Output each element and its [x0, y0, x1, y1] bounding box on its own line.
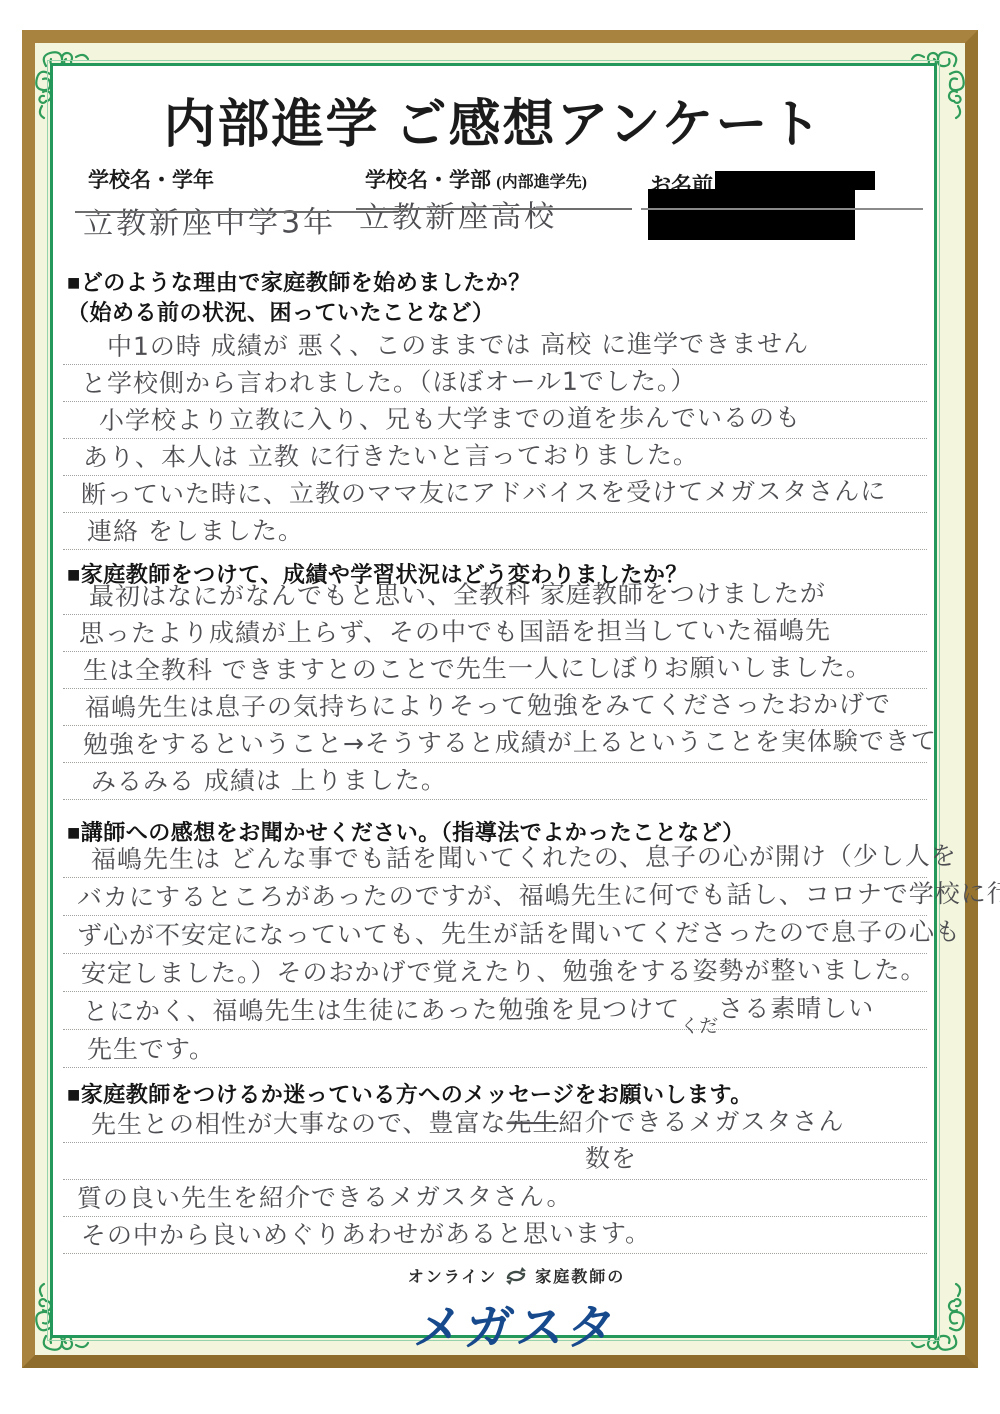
field-underline: [356, 208, 632, 210]
handwritten-line: 福嶋先生は どんな事でも話を聞いてくれたの、息子の心が開け（少し人を: [91, 836, 957, 876]
question-4-answer-area: 先生との相性が大事なので、豊富な先生紹介できるメガスタさん 数を 質の良い先生を…: [63, 1106, 927, 1254]
handwritten-segment: とにかく、福嶋先生は生徒にあった勉強を見つけて: [83, 994, 680, 1026]
megasta-logo: オンライン 家庭教師の メガスタ: [53, 1264, 934, 1358]
logo-tagline: オンライン 家庭教師の: [408, 1264, 626, 1287]
field-underline: [75, 211, 399, 213]
ruled-line: 福嶋先生は どんな事でも話を聞いてくれたの、息子の心が開け（少し人を: [63, 840, 927, 878]
ruled-line: あり、本人は 立教 に行きたいと言っておりました。: [63, 439, 927, 476]
ruled-line: その中から良いめぐりあわせがあると思います。: [63, 1217, 927, 1254]
ruled-line: 先生との相性が大事なので、豊富な先生紹介できるメガスタさん: [63, 1106, 927, 1143]
form-paper: 内部進学 ご感想アンケート 学校名・学年 立教新座中学3年 学校名・学部 (内部…: [50, 63, 937, 1338]
question-1-answer-area: 中1の時 成績が 悪く、このままでは 高校 に進学できません と学校側から言われ…: [63, 328, 927, 550]
handwritten-line: とにかく、福嶋先生は生徒にあった勉強を見つけてくださる素晴しい: [83, 989, 874, 1028]
handwritten-line: 断っていた時に、立教のママ友にアドバイスを受けてメガスタさんに: [81, 471, 886, 511]
ruled-line: 中1の時 成績が 悪く、このままでは 高校 に進学できません: [63, 328, 927, 365]
name-redaction-bar: [715, 171, 875, 190]
handwritten-segment: 紹介できるメガスタさん: [558, 1107, 844, 1137]
handwritten-line: バカにするところがあったのですが、福嶋先生に何でも話し、コロナで学校に行け: [77, 874, 1000, 914]
handwritten-line: ず心が不安定になっていても、先生が話を聞いてくださったので息子の心も: [77, 912, 961, 952]
ruled-line: ず心が不安定になっていても、先生が話を聞いてくださったので息子の心も: [63, 916, 927, 954]
sync-arrows-icon: [504, 1266, 528, 1286]
ruled-line: 質の良い先生を紹介できるメガスタさん。: [63, 1180, 927, 1217]
handwritten-line: 福嶋先生は息子の気持ちによりそって勉強をみてくださったおかげで: [85, 684, 891, 724]
ruled-line: 小学校より立教に入り、兄も大学までの道を歩んでいるのも: [63, 402, 927, 439]
field-underline: [641, 208, 923, 210]
handwritten-line: 小学校より立教に入り、兄も大学までの道を歩んでいるのも: [99, 398, 801, 437]
handwritten-line: 先生との相性が大事なので、豊富な先生紹介できるメガスタさん: [91, 1102, 845, 1141]
ruled-line: 勉強をするということ→そうすると成績が上るということを実体験できて: [63, 726, 927, 763]
question-2-answer-area: 最初はなにがなんでもと思い、全教科 家庭教師をつけましたが 思ったより成績が上ら…: [63, 578, 927, 800]
logo-tagline-left: オンライン: [408, 1264, 498, 1287]
ruled-line: みるみる 成績は 上りました。: [63, 763, 927, 800]
name-redaction-box: [648, 189, 855, 240]
handwritten-line: あり、本人は 立教 に行きたいと言っておりました。: [83, 435, 699, 474]
ruled-line: 断っていた時に、立教のママ友にアドバイスを受けてメガスタさんに: [63, 476, 927, 513]
ruled-line: 思ったより成績が上らず、その中でも国語を担当していた福嶋先: [63, 615, 927, 652]
megasta-logo-inner: オンライン 家庭教師の メガスタ: [408, 1264, 626, 1358]
ruled-line: 数を: [63, 1143, 927, 1180]
ruled-line: 安定しました。）そのおかげで覚えたり、勉強をする姿勢が整いました。: [63, 954, 927, 992]
handwritten-strikethrough: 先生: [506, 1108, 558, 1137]
handwritten-line: その中から良いめぐりあわせがあると思います。: [81, 1214, 651, 1252]
handwritten-line: 質の良い先生を紹介できるメガスタさん。: [77, 1177, 573, 1215]
field-label-text: 学校名・学年: [88, 168, 214, 192]
page-title: 内部進学 ご感想アンケート: [53, 82, 934, 157]
scanned-survey-page: 内部進学 ご感想アンケート 学校名・学年 立教新座中学3年 学校名・学部 (内部…: [0, 0, 1000, 1414]
field-label-note: (内部進学先): [496, 174, 587, 191]
handwritten-line: 勉強をするということ→そうすると成績が上るということを実体験できて: [83, 721, 937, 761]
question-1-heading: ■どのような理由で家庭教師を始めましたか？: [67, 266, 531, 297]
ruled-line: 最初はなにがなんでもと思い、全教科 家庭教師をつけましたが: [63, 578, 927, 615]
handwritten-insertion: 数を: [585, 1139, 637, 1175]
handwritten-segment: さる素晴しい: [718, 994, 874, 1024]
ruled-line: と学校側から言われました。（ほぼオール1でした。）: [63, 365, 927, 402]
handwritten-line: 思ったより成績が上らず、その中でも国語を担当していた福嶋先: [79, 611, 831, 650]
ruled-line: とにかく、福嶋先生は生徒にあった勉強を見つけてくださる素晴しい: [63, 992, 927, 1030]
field-value-school-grade: 立教新座中学3年: [83, 197, 336, 243]
handwritten-line: 連絡 をしました。: [87, 511, 304, 548]
field-label-school-dept: 学校名・学部 (内部進学先): [365, 164, 587, 194]
handwritten-line: と学校側から言われました。（ほぼオール1でした。）: [81, 361, 697, 400]
ruled-line: 生は全教科 できますとのことで先生一人にしぼりお願いしました。: [63, 652, 927, 689]
ruled-line: 福嶋先生は息子の気持ちによりそって勉強をみてくださったおかげで: [63, 689, 927, 726]
ruled-line: 先生です。: [63, 1030, 927, 1068]
field-label-school-grade: 学校名・学年: [88, 164, 214, 194]
ruled-line: バカにするところがあったのですが、福嶋先生に何でも話し、コロナで学校に行け: [63, 878, 927, 916]
handwritten-line: 中1の時 成績が 悪く、このままでは 高校 に進学できません: [107, 324, 809, 363]
logo-name: メガスタ: [404, 1289, 629, 1358]
ruled-line: 連絡 をしました。: [63, 513, 927, 550]
question-3-answer-area: 福嶋先生は どんな事でも話を聞いてくれたの、息子の心が開け（少し人を バカにする…: [63, 840, 927, 1068]
handwritten-line: 生は全教科 できますとのことで先生一人にしぼりお願いしました。: [83, 648, 872, 687]
logo-tagline-right: 家庭教師の: [535, 1264, 625, 1287]
field-label-text: 学校名・学部: [365, 168, 491, 192]
question-1-subheading: （始める前の状況、困っていたことなど）: [67, 296, 495, 327]
handwritten-line: 先生です。: [87, 1029, 215, 1066]
handwritten-line: みるみる 成績は 上りました。: [91, 760, 447, 798]
handwritten-segment: 先生との相性が大事なので、豊富な: [91, 1108, 507, 1139]
handwritten-line: 最初はなにがなんでもと思い、全教科 家庭教師をつけましたが: [89, 574, 826, 613]
field-value-school-dept: 立教新座高校: [359, 191, 557, 236]
handwritten-line: 安定しました。）そのおかげで覚えたり、勉強をする姿勢が整いました。: [81, 950, 927, 990]
